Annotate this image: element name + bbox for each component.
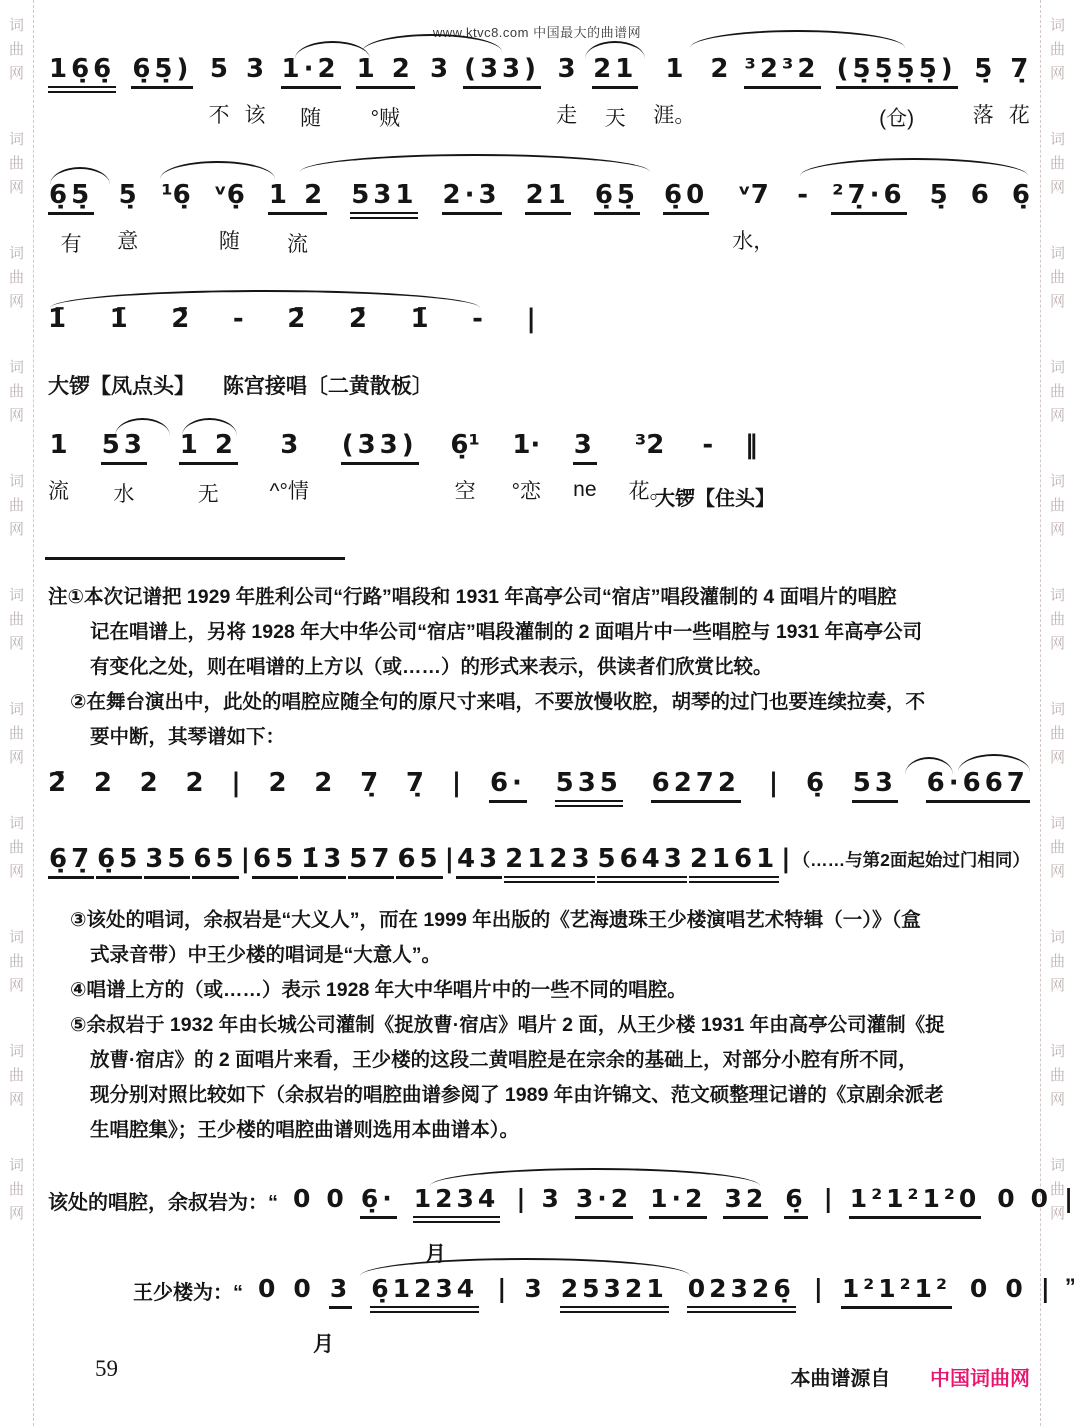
note-segment: 535: [555, 766, 623, 807]
lyric-text: [797, 225, 808, 253]
lyric-text: 流: [48, 475, 69, 505]
lyric-text: 该: [245, 99, 266, 129]
lyric-text: 不: [208, 99, 229, 129]
note-segment: 3: [541, 1182, 558, 1223]
note-segment: 21: [525, 178, 571, 256]
note-token: 2: [94, 766, 112, 800]
note-token: 6̣0: [663, 178, 709, 215]
watermark-text: 词 曲 网: [1050, 128, 1065, 200]
note-token: 1²1²1²: [841, 1272, 952, 1309]
note-token: 2: [710, 52, 728, 86]
note-segment: 6̣: [806, 766, 824, 800]
note-segment: 43: [456, 842, 502, 879]
percussion-label: 大锣【凤点头】: [48, 375, 195, 398]
note-segment: 65: [396, 842, 442, 879]
note-segment: 7̣花: [1009, 52, 1030, 129]
score-line-1: 16̣6̣6̣5̣)5不3该1·2随1 2°贼3(33)3走21天1涯。2³2³…: [48, 52, 1030, 134]
note-segment: 5̣落: [973, 52, 994, 129]
note-token: 2: [314, 766, 332, 800]
lyric-text: [744, 102, 821, 130]
note-segment: |: [781, 842, 791, 876]
note-segment: 65: [192, 842, 238, 879]
note-token: 2·3: [442, 178, 502, 215]
note-segment: 6·: [489, 766, 527, 803]
comparison-line-wang: 王少楼为：“ 0036̣1234|32532102326̣|1²1²1²00| …: [48, 1272, 1074, 1313]
note-segment: 5不: [208, 52, 229, 129]
note-token: 2: [268, 766, 286, 800]
note-token: 5̣: [930, 178, 948, 212]
lyric-text: [525, 228, 571, 256]
note-token: 6̣5: [96, 842, 142, 879]
lyric-under-wang: 月: [313, 1328, 334, 1358]
slur-arc: [430, 1168, 760, 1186]
note-segment: 2̄: [48, 766, 66, 800]
note-segment: 6̣0: [663, 178, 709, 256]
lyric-text: [442, 228, 502, 256]
note-segment: 2: [140, 766, 158, 800]
section-divider: [45, 557, 345, 560]
note-token: 02326̣: [687, 1272, 796, 1313]
watermark-text: 词 曲 网: [1050, 470, 1065, 542]
note-token: |: [769, 766, 779, 800]
lyric-text: 意: [117, 225, 138, 255]
annotation-line: 有变化之处，则在唱谱的上方以（或……）的形式来表示，供读者们欣赏比较。: [90, 650, 1040, 685]
note-token: 2: [185, 766, 203, 800]
note-segment: 3: [430, 52, 448, 127]
note-segment: 02326̣: [687, 1272, 796, 1313]
note-token: 7̣: [360, 766, 378, 800]
annotation-line: ②在舞台演出中，此处的唱腔应随全句的原尺寸来唱，不要放慢收腔，胡琴的过门也要连续…: [70, 685, 1040, 720]
annotation-line: 式录音带）中王少楼的唱词是“大意人”。: [90, 938, 1040, 973]
note-segment: 6̣: [784, 1182, 807, 1223]
note-token: 43: [456, 842, 502, 879]
note-segment: ²7̣·6: [831, 178, 906, 256]
note-segment: 6272: [651, 766, 741, 803]
note-token: 5̣: [973, 52, 994, 86]
note-segment: 3: [524, 1272, 541, 1313]
note-token: 6̣7̣: [48, 842, 94, 879]
note-token: 6·: [489, 766, 527, 803]
note-segment: ³2³2: [744, 52, 821, 130]
comparison-notes-wang: 0036̣1234|32532102326̣|1²1²1²00|: [258, 1272, 1050, 1313]
comparison-line-yu: 该处的唱腔，余叔岩为：“ 006̣·1234|33·21·2326̣|1²1²1…: [48, 1182, 1074, 1223]
slur-arc: [50, 290, 480, 308]
note-token: 0: [258, 1272, 275, 1306]
watermark-text: 词 曲 网: [9, 698, 24, 770]
site-header-text: www.ktvc8.com 中国最大的曲谱网: [0, 22, 1074, 41]
note-segment: |: [769, 766, 779, 800]
note-token: 0: [970, 1272, 987, 1306]
note-segment: 6: [971, 178, 989, 253]
slur-arc: [585, 41, 645, 59]
lyric-text: [594, 228, 640, 256]
lyric-text: 有: [48, 228, 94, 258]
note-token: 65: [192, 842, 238, 879]
note-segment: 7̣: [360, 766, 378, 800]
note-token: 2123: [504, 842, 594, 883]
note-token: 1: [653, 52, 695, 86]
lyric-text: [341, 478, 419, 506]
lyric-text: 落: [973, 99, 994, 129]
note-token: |: [1064, 1182, 1073, 1216]
note-token: |: [526, 302, 536, 336]
note-token: 3: [430, 52, 448, 86]
note-token: 6̣·: [360, 1182, 397, 1219]
note-token: |: [452, 766, 462, 800]
note-token: 21: [525, 178, 571, 215]
note-segment: 32: [723, 1182, 768, 1223]
lyric-text: [710, 99, 728, 127]
slur-arc: [295, 41, 370, 59]
lyric-text: °恋: [512, 475, 541, 505]
note-token: 0: [293, 1272, 310, 1306]
annotation-line: 放曹·宿店》的 2 面唱片来看，王少楼的这段二黄唱腔是在宗余的基础上，对部分小腔…: [90, 1043, 1040, 1078]
note-segment: 65: [252, 842, 298, 879]
annotation-line: 现分别对照比较如下（余叔岩的唱腔曲谱参阅了 1989 年由许锦文、范文硕整理记谱…: [90, 1078, 1040, 1113]
watermark-text: 词 曲 网: [9, 1040, 24, 1112]
lyric-text: 水: [101, 478, 147, 508]
note-token: 6̣5̣): [131, 52, 193, 89]
note-segment: 3·2: [575, 1182, 633, 1223]
close-quote: ”: [1065, 1274, 1074, 1300]
note-token: 5: [208, 52, 229, 86]
lyric-text: [971, 225, 989, 253]
watermark-text: 词 曲 网: [9, 242, 24, 314]
note-token: 6: [971, 178, 989, 212]
note-segment: 53: [852, 766, 898, 803]
slur-arc: [300, 154, 650, 172]
note-segment: 2: [710, 52, 728, 127]
comparison-label-wang: 王少楼为：“: [133, 1276, 243, 1305]
watermark-text: 词 曲 网: [1050, 584, 1065, 656]
note-segment: (33): [341, 428, 419, 506]
note-segment: |: [824, 1182, 833, 1223]
note-segment: ¹6̣: [161, 178, 190, 253]
note-token: 2: [140, 766, 158, 800]
note-segment: 1 2°贼: [356, 52, 415, 132]
comparison-notes-yu: 006̣·1234|33·21·2326̣|1²1²1²000|: [293, 1182, 1073, 1223]
note-segment: 6̣5̣有: [48, 178, 94, 258]
lyric-text: [48, 106, 116, 134]
note-segment: 25321: [560, 1272, 669, 1313]
note-segment: 1 2流: [268, 178, 327, 258]
note-segment: 1·2随: [281, 52, 341, 132]
note-token: 65: [252, 842, 298, 879]
note-segment: 1·°恋: [512, 428, 541, 505]
lyric-text: ^°情: [270, 475, 309, 505]
note-token: 3: [573, 428, 597, 465]
note-segment: 6̣5: [96, 842, 142, 879]
lyric-text: 无: [179, 478, 238, 508]
note-token: ³2: [629, 428, 671, 462]
note-segment: |: [445, 842, 455, 876]
note-segment: 0: [293, 1182, 310, 1223]
note-segment: 1 2无: [179, 428, 238, 508]
note-token: 0: [1031, 1182, 1048, 1216]
note-segment: |: [516, 1182, 525, 1223]
lyric-text: 随: [281, 102, 341, 132]
watermark-text: 词 曲 网: [9, 584, 24, 656]
lyric-text: 流: [268, 228, 327, 258]
slur-arc: [115, 418, 170, 436]
note-segment: -: [797, 178, 808, 253]
lyric-text: (仓): [836, 102, 958, 132]
note-token: 2161: [689, 842, 779, 883]
annotation-block-2: ③该处的唱词，余叔岩是“大义人”，而在 1999 年出版的《艺海遗珠王少楼演唱艺…: [48, 903, 1040, 1148]
percussion-and-singer-labels: 大锣【凤点头】 陈宫接唱〔二黄散板〕: [48, 370, 433, 400]
note-token: 6̣5̣: [594, 178, 640, 215]
note-token: -: [797, 178, 808, 212]
note-segment: |: [452, 766, 462, 800]
lyric-text: 走: [556, 99, 577, 129]
note-segment: 57: [348, 842, 394, 879]
footer-source-text: 本曲谱源自: [790, 1368, 890, 1390]
note-segment: 1²1²1²: [841, 1272, 952, 1313]
note-segment: 531: [350, 178, 418, 260]
note-token: |: [516, 1182, 525, 1216]
note-token: 6̣: [1012, 178, 1030, 212]
note-token: 3: [541, 1182, 558, 1216]
lyric-text: 涯。: [653, 99, 695, 129]
lyric-text: 随: [214, 225, 245, 255]
note-token: 6̣: [806, 766, 824, 800]
watermark-text: 词 曲 网: [9, 470, 24, 542]
note-token: ‖: [745, 428, 758, 462]
note-token: -: [702, 428, 713, 462]
watermark-text: 词 曲 网: [1050, 698, 1065, 770]
note-segment: 2: [314, 766, 332, 800]
note-segment: |: [231, 766, 241, 800]
interlude-line-1: 2̄222|227̣7̣|6·5356272|6̣536·667: [48, 766, 1030, 807]
lyric-text: [463, 102, 541, 130]
note-token: |: [781, 842, 791, 876]
watermark-text: 词 曲 网: [1050, 356, 1065, 428]
note-token: |: [1041, 1272, 1050, 1306]
note-segment: |: [241, 842, 251, 876]
watermark-text: 词 曲 网: [1050, 812, 1065, 884]
note-segment: 1̇3: [300, 842, 346, 879]
note-token: ³2³2: [744, 52, 821, 89]
note-token: ᵛ6̣: [214, 178, 245, 212]
lyric-text: [930, 225, 948, 253]
watermark-text: 词 曲 网: [9, 1154, 24, 1226]
lyric-text: 花: [1009, 99, 1030, 129]
slur-arc: [360, 1258, 690, 1276]
note-token: 1²1²1²0: [849, 1182, 981, 1219]
note-token: 1234: [413, 1182, 501, 1223]
lyric-text: 空: [450, 475, 479, 505]
note-segment: (5̣5̣5̣5̣)(仓): [836, 52, 958, 132]
note-segment: 35: [144, 842, 190, 879]
lyric-text: [131, 102, 193, 130]
note-segment: 2123: [504, 842, 594, 883]
annotation-line: ③该处的唱词，余叔岩是“大义人”，而在 1999 年出版的《艺海遗珠王少楼演唱艺…: [70, 903, 1040, 938]
note-segment: 3ne: [573, 428, 597, 506]
note-token: ᵛ7: [732, 178, 774, 212]
note-segment: 16̣6̣: [48, 52, 116, 134]
note-token: 7̣: [1009, 52, 1030, 86]
note-segment: 2: [94, 766, 112, 800]
watermark-column-left: 词 曲 网词 曲 网词 曲 网词 曲 网词 曲 网词 曲 网词 曲 网词 曲 网…: [0, 0, 34, 1426]
note-segment: 1²1²1²0: [849, 1182, 981, 1223]
singer-label: 陈宫接唱〔二黄散板〕: [223, 375, 433, 398]
note-token: 3·2: [575, 1182, 633, 1219]
note-token: 531: [350, 178, 418, 219]
note-token: ²7̣·6: [831, 178, 906, 215]
note-segment: 1234: [413, 1182, 501, 1223]
note-segment: 0: [970, 1272, 987, 1313]
note-token: 1̇3: [300, 842, 346, 879]
note-segment: 2: [185, 766, 203, 800]
watermark-text: 词 曲 网: [9, 356, 24, 428]
score-page: 词 曲 网词 曲 网词 曲 网词 曲 网词 曲 网词 曲 网词 曲 网词 曲 网…: [0, 0, 1074, 1426]
note-segment: 1·2: [649, 1182, 707, 1223]
lyric-text: [161, 225, 190, 253]
note-token: 3: [270, 428, 309, 462]
note-token: 535: [555, 766, 623, 807]
note-token: (33): [341, 428, 419, 465]
end-percussion-label: 大锣【住头】: [655, 482, 775, 511]
note-segment: |: [814, 1272, 823, 1313]
note-token: 1·2: [649, 1182, 707, 1219]
note-token: 5643: [597, 842, 687, 883]
page-number: 59: [95, 1356, 118, 1382]
lyric-text: [831, 228, 906, 256]
note-segment: 6̣5̣: [594, 178, 640, 256]
slur-arc: [160, 161, 275, 179]
lyric-text: 水，: [732, 225, 774, 255]
watermark-text: 词 曲 网: [1050, 242, 1065, 314]
note-token: 16̣6̣: [48, 52, 116, 93]
note-segment: 0: [997, 1182, 1014, 1223]
note-segment: |: [497, 1272, 506, 1313]
note-segment: 0: [326, 1182, 343, 1223]
note-segment: 3该: [245, 52, 266, 129]
note-segment: 1流: [48, 428, 69, 505]
note-token: 6272: [651, 766, 741, 803]
comparison-label-yu: 该处的唱腔，余叔岩为：“: [48, 1186, 278, 1215]
note-token: |: [497, 1272, 506, 1306]
note-segment: 21天: [592, 52, 638, 132]
note-token: 7̣: [406, 766, 424, 800]
lyric-text: [1012, 225, 1030, 253]
note-segment: 6̣·: [360, 1182, 397, 1223]
lyric-text: ne: [573, 478, 597, 506]
watermark-text: 词 曲 网: [9, 926, 24, 998]
lyric-text: [350, 232, 418, 260]
note-token: |: [231, 766, 241, 800]
annotation-line: 生唱腔集》；王少楼的唱腔曲谱则选用本曲谱本）。: [90, 1113, 1040, 1148]
note-token: 35: [144, 842, 190, 879]
note-token: 0: [293, 1182, 310, 1216]
watermark-text: 词 曲 网: [1050, 1040, 1065, 1112]
score-line-4: 1流53水1 2无3^°情(33)6̣¹空1·°恋3ne³2花。-‖: [48, 428, 758, 508]
note-segment: |: [1041, 1272, 1050, 1313]
slur-arc: [958, 754, 1030, 772]
note-segment: 7̣: [406, 766, 424, 800]
annotation-line: 注①本次记谱把 1929 年胜利公司“行路”唱段和 1931 年高亭公司“宿店”…: [48, 580, 1040, 615]
watermark-text: 词 曲 网: [1050, 926, 1065, 998]
note-token: 0: [997, 1182, 1014, 1216]
watermark-text: 词 曲 网: [9, 128, 24, 200]
slur-arc: [50, 167, 110, 185]
note-token: (33): [463, 52, 541, 89]
note-token: 53: [852, 766, 898, 803]
note-token: 3: [524, 1272, 541, 1306]
note-segment: 6̣5̣): [131, 52, 193, 130]
slur-arc: [905, 757, 953, 775]
note-segment: ᵛ6̣随: [214, 178, 245, 255]
note-token: |: [824, 1182, 833, 1216]
note-segment: 2161: [689, 842, 779, 883]
note-token: 32: [723, 1182, 768, 1219]
note-segment: 2: [268, 766, 286, 800]
note-token: 6̣¹: [450, 428, 479, 462]
note-token: ¹6̣: [161, 178, 190, 212]
lyric-text: [663, 228, 709, 256]
note-token: 1·: [512, 428, 541, 462]
note-token: 0: [326, 1182, 343, 1216]
note-token: 2̄: [48, 766, 66, 800]
note-segment: 0: [1031, 1182, 1048, 1223]
note-token: 6̣: [784, 1182, 807, 1219]
footer-source: 本曲谱源自 中国词曲网: [790, 1362, 1030, 1391]
annotation-line: ④唱谱上方的（或……）表示 1928 年大中华唱片中的一些不同的唱腔。: [70, 973, 1040, 1008]
note-token: 25321: [560, 1272, 669, 1313]
annotation-line: 要中断，其琴谱如下：: [90, 720, 1040, 755]
annotation-block-1: 注①本次记谱把 1929 年胜利公司“行路”唱段和 1931 年高亭公司“宿店”…: [48, 580, 1040, 755]
note-segment: (33): [463, 52, 541, 130]
note-segment: 53水: [101, 428, 147, 508]
note-segment: 1涯。: [653, 52, 695, 129]
note-segment: 5̣意: [117, 178, 138, 255]
note-segment: 0: [293, 1272, 310, 1313]
note-token: |: [241, 842, 251, 876]
note-segment: 5643: [597, 842, 687, 883]
note-token: 1: [48, 428, 69, 462]
slur-arc: [182, 418, 237, 436]
interlude-tail-note: （……与第2面起始过门相同）: [793, 847, 1030, 872]
score-line-2: 6̣5̣有5̣意¹6̣ᵛ6̣随1 2流5312·3216̣5̣6̣0ᵛ7水，-²…: [48, 178, 1030, 260]
note-segment: 0: [1005, 1272, 1022, 1313]
note-segment: 6̣1234: [370, 1272, 479, 1313]
watermark-text: 词 曲 网: [9, 812, 24, 884]
note-segment: |: [526, 302, 536, 336]
interlude-line-2: 6̣7̣6̣53565|651̇35765|43212356432161|（………: [48, 842, 1030, 883]
note-segment: 6̣7̣: [48, 842, 94, 879]
note-token: 3: [329, 1272, 352, 1309]
note-segment: 3^°情: [270, 428, 309, 505]
note-segment: 0: [258, 1272, 275, 1313]
note-token: 3: [556, 52, 577, 86]
note-segment: 6̣¹空: [450, 428, 479, 505]
lyric-text: 天: [592, 102, 638, 132]
note-token: (5̣5̣5̣5̣): [836, 52, 958, 89]
footer-brand: 中国词曲网: [930, 1368, 1030, 1390]
note-token: 1 2: [268, 178, 327, 215]
annotation-line: ⑤余叔岩于 1932 年由长城公司灌制《捉放曹·宿店》唱片 2 面，从王少楼 1…: [70, 1008, 1040, 1043]
note-token: |: [814, 1272, 823, 1306]
note-token: |: [445, 842, 455, 876]
note-segment: 6̣: [1012, 178, 1030, 253]
slur-arc: [800, 158, 1028, 176]
note-token: 57: [348, 842, 394, 879]
note-token: 0: [1005, 1272, 1022, 1306]
note-token: 5̣: [117, 178, 138, 212]
note-segment: |: [1064, 1182, 1073, 1223]
note-token: 3: [245, 52, 266, 86]
note-segment: ᵛ7水，: [732, 178, 774, 255]
